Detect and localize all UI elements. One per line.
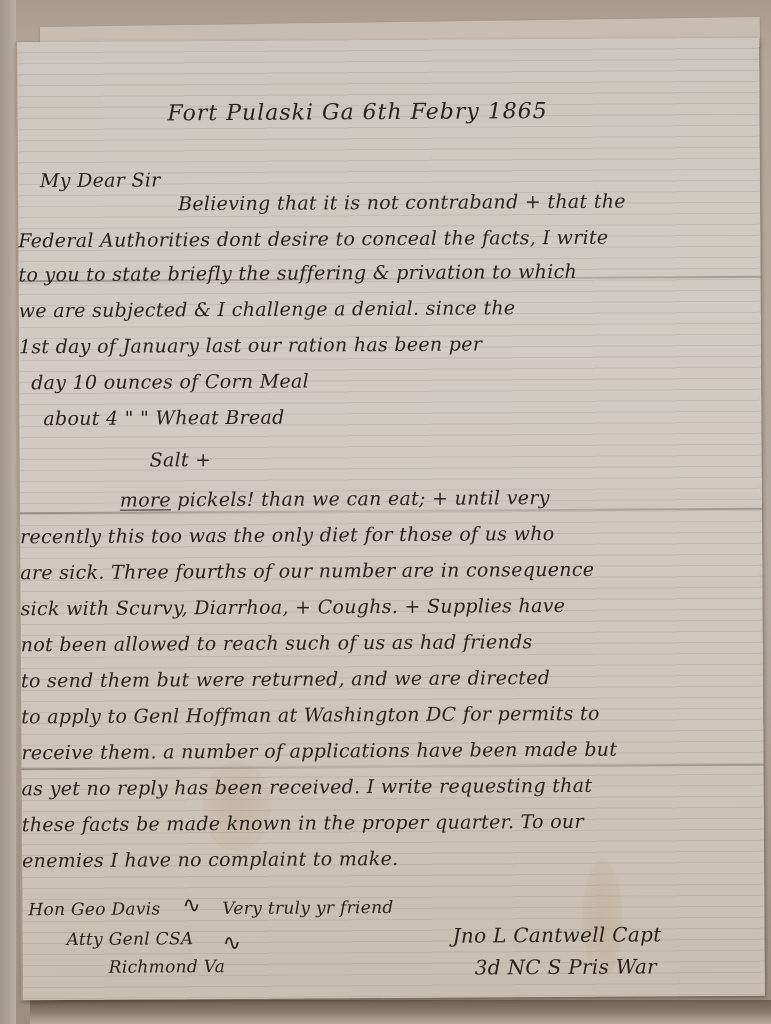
bracket-flourish-icon: ∿: [223, 931, 242, 956]
body-line: recently this too was the only diet for …: [20, 523, 554, 548]
body-line-rest: pickels! than we can eat; + until very: [177, 487, 550, 511]
body-line: are sick. Three fourths of our number ar…: [20, 559, 594, 585]
body-line: receive them. a number of applications h…: [21, 739, 617, 765]
signature-name: Jno L Cantwell Capt: [452, 922, 661, 947]
body-line: to apply to Genl Hoffman at Washington D…: [21, 703, 600, 729]
body-line: Believing that it is not contraband + th…: [178, 191, 626, 216]
body-line: not been allowed to reach such of us as …: [21, 631, 533, 656]
ration-line: about 4 " " Wheat Bread: [43, 407, 284, 430]
letter-sheet: Fort Pulaski Ga 6th Febry 1865 My Dear S…: [15, 38, 765, 1001]
body-line-emphasis: more pickels! than we can eat; + until v…: [120, 487, 550, 512]
addressee-title: Atty Genl CSA: [67, 929, 194, 950]
ration-line: day 10 ounces of Corn Meal: [31, 370, 309, 394]
bracket-flourish-icon: ∿: [182, 893, 201, 918]
body-line: to you to state briefly the suffering & …: [18, 261, 577, 286]
ration-line: Salt +: [150, 449, 212, 471]
letter-place-date: Fort Pulaski Ga 6th Febry 1865: [167, 99, 547, 126]
body-line: 1st day of January last our ration has b…: [19, 333, 482, 358]
frame-bottom-edge: [30, 1000, 771, 1024]
fold-crease: [22, 764, 764, 771]
addressee-name: Hon Geo Davis: [28, 899, 160, 920]
underlined-more: more: [120, 489, 171, 511]
body-line: sick with Scurvy, Diarrhoa, + Coughs. + …: [20, 595, 565, 620]
frame-left-edge: [0, 0, 16, 1024]
body-line: to send them but were returned, and we a…: [21, 667, 550, 692]
body-line: Federal Authorities dont desire to conce…: [18, 227, 608, 253]
body-line: we are subjected & I challenge a denial.…: [19, 297, 516, 322]
letter-salutation: My Dear Sir: [40, 169, 161, 192]
body-line: these facts be made known in the proper …: [22, 811, 584, 836]
letter-closing: Very truly yr friend: [222, 898, 393, 919]
paper-stain: [201, 761, 272, 851]
addressee-location: Richmond Va: [109, 957, 226, 978]
body-line: as yet no reply has been received. I wri…: [22, 775, 593, 800]
signature-unit: 3d NC S Pris War: [475, 954, 657, 979]
body-line: enemies I have no complaint to make.: [22, 848, 399, 872]
